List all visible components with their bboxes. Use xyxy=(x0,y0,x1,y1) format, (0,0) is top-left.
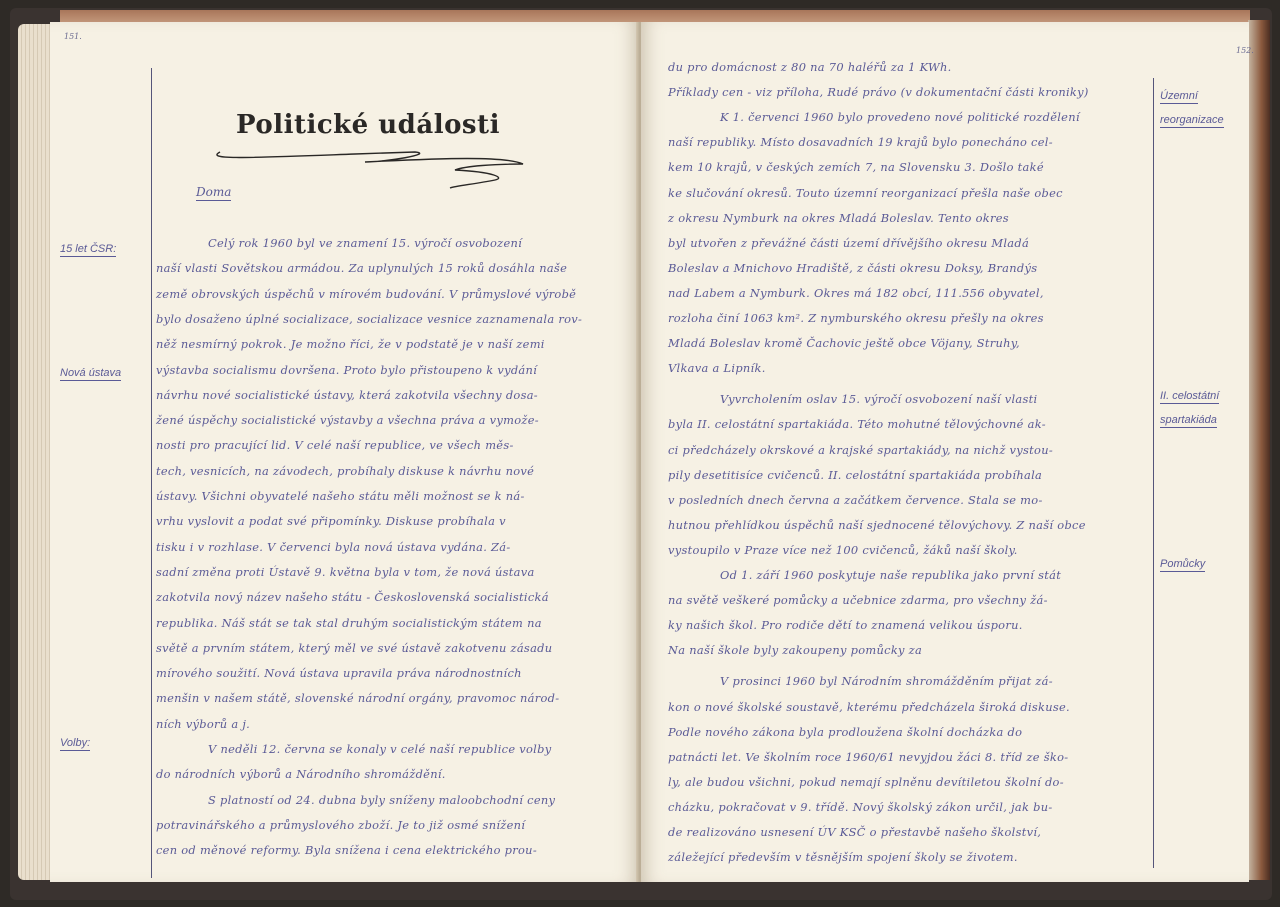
handwritten-line: ních výborů a j. xyxy=(156,717,250,731)
margin-note: spartakiáda xyxy=(1160,414,1217,428)
handwritten-line: republika. Náš stát se tak stal druhým s… xyxy=(156,616,542,630)
handwritten-line: potravinářského a průmyslového zboží. Je… xyxy=(156,818,525,832)
handwritten-line: Celý rok 1960 byl ve znamení 15. výročí … xyxy=(208,236,522,250)
margin-note: 15 let ČSR: xyxy=(60,243,116,257)
handwritten-line: V neděli 12. června se konaly v celé naš… xyxy=(208,742,551,756)
handwritten-line: Od 1. září 1960 poskytuje naše republika… xyxy=(720,568,1061,582)
margin-note: Územní xyxy=(1160,90,1198,104)
right-page-number: 152. xyxy=(1236,46,1254,55)
margin-note: reorganizace xyxy=(1160,114,1224,128)
handwritten-line: Na naší škole byly zakoupeny pomůcky za xyxy=(668,643,922,657)
margin-note: Nová ústava xyxy=(60,367,121,381)
handwritten-line: cen od měnové reformy. Byla snížena i ce… xyxy=(156,843,537,857)
handwritten-line: vystoupilo v Praze více než 100 cvičenců… xyxy=(668,543,1018,557)
handwritten-line: nad Labem a Nymburk. Okres má 182 obcí, … xyxy=(668,286,1044,300)
handwritten-line: S platností od 24. dubna byly sníženy ma… xyxy=(208,793,555,807)
handwritten-line: menšin v našem státě, slovenské národní … xyxy=(156,691,559,705)
left-page-number: 151. xyxy=(64,32,82,41)
handwritten-line: ly, ale budou všichni, pokud nemají spln… xyxy=(668,775,1064,789)
handwritten-line: výstavba socialismu dovršena. Proto bylo… xyxy=(156,363,537,377)
handwritten-line: zakotvila nový název našeho státu - Česk… xyxy=(156,590,549,604)
handwritten-line: byl utvořen z převážné části území dřívě… xyxy=(668,236,1029,250)
handwritten-line: návrhu nové socialistické ústavy, která … xyxy=(156,388,538,402)
handwritten-line: naší vlasti Sovětskou armádou. Za uplynu… xyxy=(156,261,567,275)
handwritten-line: v posledních dnech června a začátkem čer… xyxy=(668,493,1043,507)
handwritten-line: Boleslav a Mnichovo Hradiště, z části ok… xyxy=(668,261,1037,275)
book-right-edge xyxy=(1248,20,1270,880)
handwritten-line: Příklady cen - viz příloha, Rudé právo (… xyxy=(668,85,1089,99)
handwritten-line: nosti pro pracující lid. V celé naší rep… xyxy=(156,438,514,452)
handwritten-line: země obrovských úspěchů v mírovém budová… xyxy=(156,287,576,301)
handwritten-line: hutnou přehlídkou úspěchů naší sjednocen… xyxy=(668,518,1086,532)
left-margin-rule xyxy=(151,68,152,878)
handwritten-line: naší republiky. Místo dosavadních 19 kra… xyxy=(668,135,1053,149)
handwritten-line: patnácti let. Ve školním roce 1960/61 ne… xyxy=(668,750,1068,764)
handwritten-line: de realizováno usnesení ÚV KSČ o přestav… xyxy=(668,825,1041,839)
handwritten-line: tisku i v rozhlase. V červenci byla nová… xyxy=(156,540,511,554)
handwritten-line: rozloha činí 1063 km². Z nymburského okr… xyxy=(668,311,1044,325)
handwritten-line: V prosinci 1960 byl Národním shromáždění… xyxy=(720,674,1053,688)
page-title: Politické události xyxy=(236,110,500,140)
handwritten-line: pily desetitisíce cvičenců. II. celostát… xyxy=(668,468,1042,482)
margin-note: Volby: xyxy=(60,737,90,751)
handwritten-line: Podle nového zákona byla prodloužena ško… xyxy=(668,725,1022,739)
handwritten-line: du pro domácnost z 80 na 70 haléřů za 1 … xyxy=(668,60,952,74)
handwritten-line: něž nesmírný pokrok. Je možno říci, že v… xyxy=(156,337,545,351)
handwritten-line: žené úspěchy socialistické výstavby a vš… xyxy=(156,413,539,427)
handwritten-line: byla II. celostátní spartakiáda. Této mo… xyxy=(668,417,1046,431)
right-margin-rule xyxy=(1153,78,1154,868)
margin-note: Pomůcky xyxy=(1160,558,1205,572)
title-underline-flourish xyxy=(205,140,525,200)
handwritten-line: záležející především v těsnějším spojení… xyxy=(668,850,1018,864)
handwritten-line: do národních výborů a Národního shromážd… xyxy=(156,767,446,781)
section-heading-doma: Doma xyxy=(196,185,231,201)
handwritten-line: Mladá Boleslav kromě Čachovic ještě obce… xyxy=(668,336,1020,350)
handwritten-line: ky našich škol. Pro rodiče dětí to zname… xyxy=(668,618,1023,632)
handwritten-line: mírového soužití. Nová ústava upravila p… xyxy=(156,666,522,680)
handwritten-line: na světě veškeré pomůcky a učebnice zdar… xyxy=(668,593,1048,607)
handwritten-line: ci předcházely okrskové a krajské sparta… xyxy=(668,443,1053,457)
handwritten-line: kon o nové školské soustavě, kterému pře… xyxy=(668,700,1070,714)
handwritten-line: z okresu Nymburk na okres Mladá Boleslav… xyxy=(668,211,1009,225)
handwritten-line: sadní změna proti Ústavě 9. května byla … xyxy=(156,565,535,579)
handwritten-line: K 1. červenci 1960 bylo provedeno nové p… xyxy=(720,110,1080,124)
handwritten-line: tech, vesnicích, na závodech, probíhaly … xyxy=(156,464,534,478)
handwritten-line: Vyvrcholením oslav 15. výročí osvobození… xyxy=(720,392,1037,406)
handwritten-line: ústavy. Všichni obyvatelé našeho státu m… xyxy=(156,489,525,503)
handwritten-line: Vlkava a Lipník. xyxy=(668,361,766,375)
handwritten-line: vrhu vyslovit a podat své připomínky. Di… xyxy=(156,514,506,528)
handwritten-line: cházku, pokračovat v 9. třídě. Nový škol… xyxy=(668,800,1053,814)
handwritten-line: ke slučování okresů. Touto územní reorga… xyxy=(668,186,1063,200)
handwritten-line: kem 10 krajů, v českých zemích 7, na Slo… xyxy=(668,160,1044,174)
handwritten-line: světě a prvním státem, který měl ve své … xyxy=(156,641,552,655)
margin-note: II. celostátní xyxy=(1160,390,1219,404)
handwritten-line: bylo dosaženo úplné socializace, sociali… xyxy=(156,312,582,326)
